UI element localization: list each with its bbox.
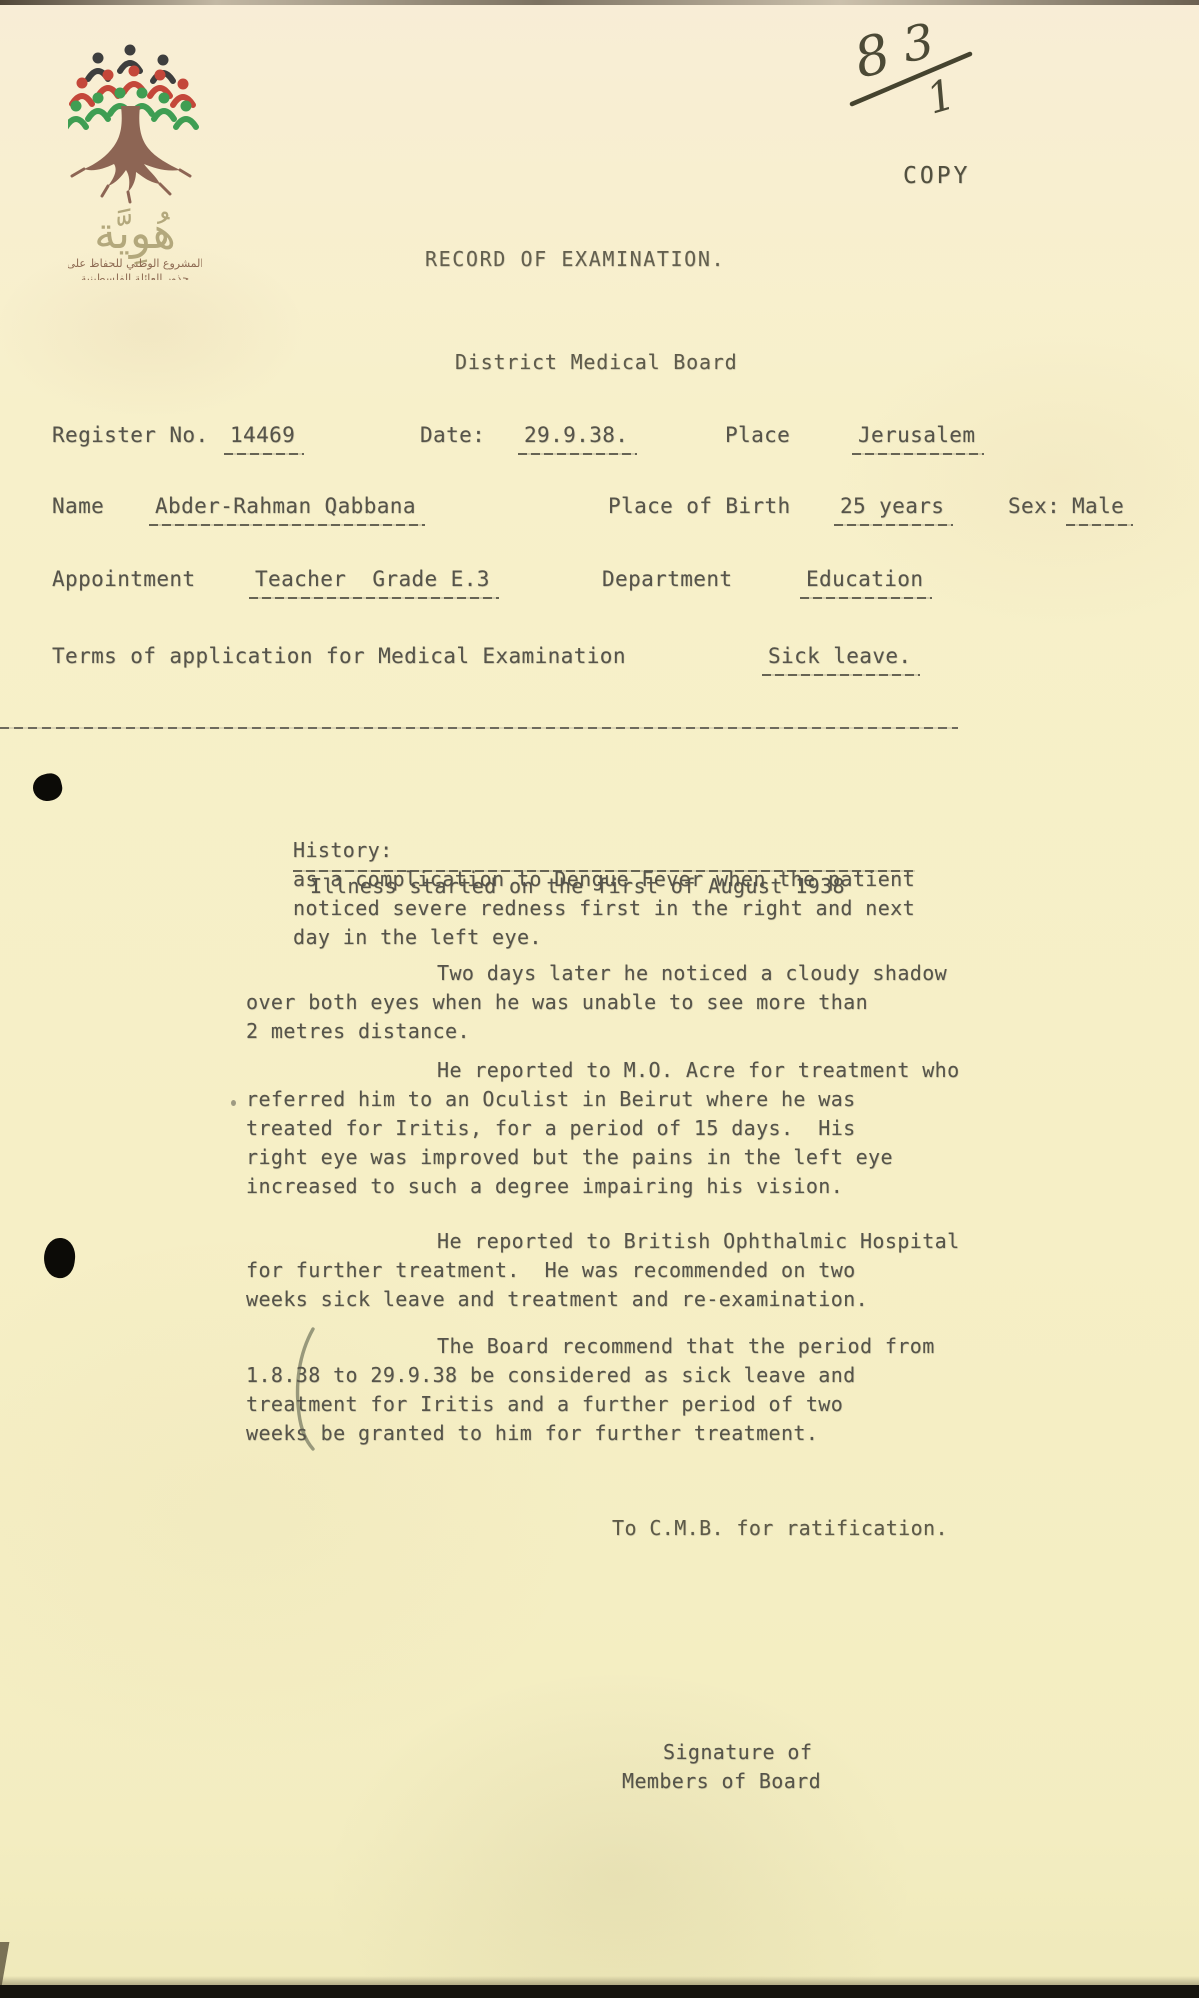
department-value: Education: [800, 567, 932, 599]
document-title: RECORD OF EXAMINATION.: [425, 247, 725, 271]
sex-value: Male: [1066, 494, 1133, 526]
history-paragraph-4: He reported to British Ophthalmic Hospit…: [246, 1227, 960, 1314]
terms-value: Sick leave.: [762, 644, 920, 676]
birth-value: 25 years: [834, 494, 953, 526]
history-line: referred him to an Oculist in Beirut whe…: [246, 1085, 960, 1114]
handwritten-ref-number: 8 3 1: [846, 14, 988, 118]
history-paragraph-2: Two days later he noticed a cloudy shado…: [246, 959, 947, 1046]
history-line: The Board recommend that the period from: [246, 1332, 935, 1361]
scan-edge-top: [0, 0, 1199, 5]
history-paragraph-5: The Board recommend that the period from…: [246, 1332, 935, 1448]
name-label: Name: [52, 494, 104, 518]
history-line: He reported to British Ophthalmic Hospit…: [246, 1227, 960, 1256]
birth-label: Place of Birth: [608, 494, 791, 518]
history-line: right eye was improved but the pains in …: [246, 1143, 960, 1172]
appointment-value: Teacher Grade E.3: [249, 567, 499, 599]
place-label: Place: [725, 423, 790, 447]
history-line: He reported to M.O. Acre for treatment w…: [246, 1056, 960, 1085]
register-label: Register No.: [52, 423, 209, 447]
document-page: هُوِيَّة المشروع الوطني للحفاظ على جذور …: [0, 0, 1199, 1998]
history-line: noticed severe redness first in the righ…: [293, 894, 915, 923]
history-line: treated for Iritis, for a period of 15 d…: [246, 1114, 960, 1143]
history-line: Two days later he noticed a cloudy shado…: [246, 959, 947, 988]
history-paragraph-1: History:Illness started on the first of …: [293, 836, 915, 952]
history-line: 2 metres distance.: [246, 1017, 947, 1046]
history-paragraph-3: He reported to M.O. Acre for treatment w…: [246, 1056, 960, 1201]
document-subtitle: District Medical Board: [455, 350, 738, 374]
department-label: Department: [602, 567, 732, 591]
date-label: Date:: [420, 423, 485, 447]
history-line: increased to such a degree impairing his…: [246, 1172, 960, 1201]
history-line: over both eyes when he was unable to see…: [246, 988, 947, 1017]
punch-hole-top: [30, 771, 65, 804]
history-line: day in the left eye.: [293, 923, 915, 952]
signature-caption-line-1: Signature of: [663, 1740, 812, 1764]
terms-label: Terms of application for Medical Examina…: [52, 644, 626, 668]
signature-caption-line-2: Members of Board: [622, 1769, 821, 1793]
register-value: 14469: [224, 423, 304, 455]
ratification-note: To C.M.B. for ratification.: [612, 1516, 948, 1540]
handwritten-digit-1: 1: [921, 69, 960, 118]
appointment-label: Appointment: [52, 567, 195, 591]
history-line: as a complication to Dengue Fever when t…: [293, 865, 915, 894]
history-line: treatment for Iritis and a further perio…: [246, 1390, 935, 1419]
history-line: weeks sick leave and treatment and re-ex…: [246, 1285, 960, 1314]
copy-stamp: COPY: [903, 163, 970, 189]
punch-hole-bottom: [42, 1236, 78, 1279]
date-value: 29.9.38.: [518, 423, 637, 455]
logo-tagline-2: جذور العائلة الفلسطينية: [81, 272, 189, 280]
section-divider: [0, 727, 958, 729]
logo-tagline-1: المشروع الوطني للحفاظ على: [68, 257, 202, 270]
history-line: 1.8.38 to 29.9.38 be considered as sick …: [246, 1361, 935, 1390]
stray-ink-dot: [231, 1100, 236, 1106]
handwritten-digit-3: 3: [898, 14, 938, 74]
handwritten-digit-8: 8: [848, 21, 897, 90]
huwiyya-logo: هُوِيَّة المشروع الوطني للحفاظ على جذور …: [68, 42, 202, 280]
name-value: Abder-Rahman Qabbana: [149, 494, 425, 526]
scan-edge-bottom: [0, 1985, 1199, 1998]
sex-label: Sex:: [1008, 494, 1060, 518]
place-value: Jerusalem: [852, 423, 984, 455]
history-line: for further treatment. He was recommende…: [246, 1256, 960, 1285]
history-line: weeks be granted to him for further trea…: [246, 1419, 935, 1448]
history-line: History:Illness started on the first of …: [293, 836, 915, 865]
